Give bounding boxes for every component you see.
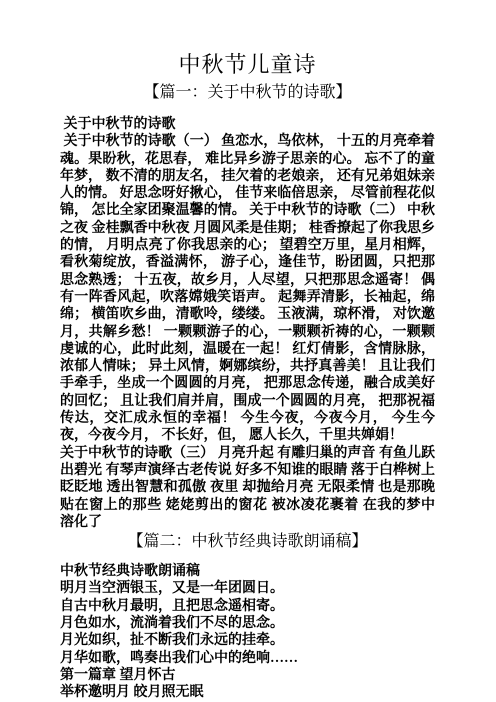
poem-line: 月色如水，流淌着我们不尽的思念。 [60,615,435,632]
poem-line: 中秋节经典诗歌朗诵稿 [60,563,435,580]
poem-line: 自古中秋月最明，且把思念遥相寄。 [60,598,435,615]
poem-line: 举杯邀明月 皎月照无眠 [60,684,435,701]
poem-line: 月华如歌，鸣奏出我们心中的绝响…… [60,650,435,667]
poem-paragraph-2: 关于中秋节的诗歌（三） 月亮升起 有雕归巢的声音 有鱼儿跃出碧光 有琴声演绎古老… [60,445,435,531]
section2-heading: 【篇二：中秋节经典诗歌朗诵稿】 [60,532,435,552]
section1-heading: 【篇一：关于中秋节的诗歌】 [60,83,435,103]
poem-lines-block: 中秋节经典诗歌朗诵稿 明月当空洒银玉，又是一年团圆日。 自古中秋月最明，且把思念… [60,563,435,701]
poem-line: 明月当空洒银玉，又是一年团圆日。 [60,580,435,597]
page-title: 中秋节儿童诗 [60,52,435,78]
poem-line: 月光如织，扯不断我们永远的挂牵。 [60,632,435,649]
poem-paragraph-1: 关于中秋节的诗歌（一） 鱼恋水，鸟依林， 十五的月亮牵着魂。果盼秋，花思春， 难… [60,133,435,444]
section1-subheading: 关于中秋节的诗歌 [60,116,435,133]
document-page: 中秋节儿童诗 【篇一：关于中秋节的诗歌】 关于中秋节的诗歌 关于中秋节的诗歌（一… [0,0,496,702]
poem-line: 第一篇章 望月怀古 [60,667,435,684]
